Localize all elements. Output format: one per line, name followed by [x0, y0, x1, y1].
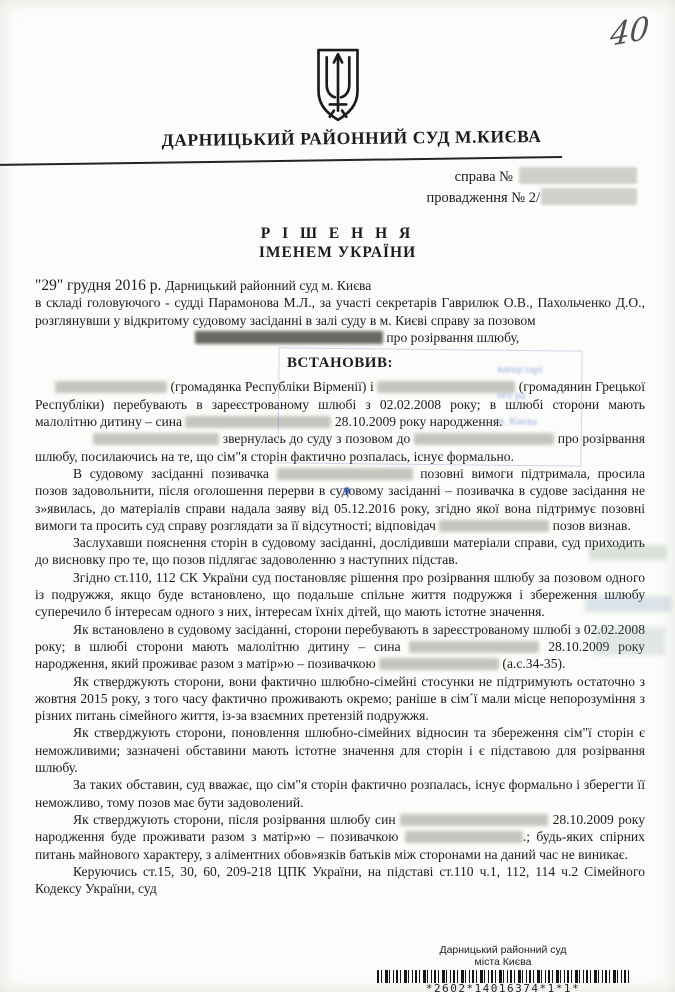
proceeding-number-label: провадження № 2/	[426, 190, 540, 206]
bleedthrough-artifact	[589, 545, 667, 560]
redacted-text	[400, 814, 548, 826]
text-run: Керуючись ст.15, 30, 60, 209-218 ЦПК Укр…	[35, 864, 645, 896]
redacted-text	[195, 331, 383, 344]
proceeding-number-redaction	[541, 188, 637, 205]
parties-line: про розірвання шлюбу,	[35, 329, 645, 346]
footer-barcode-block: Дарницький районний суд міста Києва *260…	[353, 944, 653, 992]
header-underline	[0, 156, 562, 166]
proceeding-number-line: провадження № 2/	[0, 188, 637, 209]
text-run: позов визнав.	[549, 518, 631, 533]
footer-court-line2: міста Києва	[353, 956, 653, 968]
redacted-text	[414, 433, 554, 445]
text-run: "29" грудня 2016 р.	[35, 277, 165, 294]
text-run: звернулась до суду з позовом до	[219, 431, 414, 446]
court-finding: За таких обставин, суд вважає, що сім"я …	[35, 776, 645, 811]
redacted-text	[439, 520, 549, 532]
plaintiff-position: В судовому засіданні позивачка позовні в…	[35, 465, 645, 534]
text-run: Як стверджують сторони, після розірвання…	[73, 812, 400, 827]
text-run: про розірвання шлюбу,	[383, 330, 519, 345]
redacted-text	[185, 416, 331, 428]
text-run: Дарницький районний суд м. Києва	[165, 278, 371, 293]
document-paragraphs: (громадянка Республіки Вірменії) і (гром…	[35, 378, 645, 897]
established-heading: ВСТАНОВИВ:	[35, 355, 645, 372]
document-body: "29" грудня 2016 р. Дарницький районний …	[0, 277, 675, 897]
footer-court-line1: Дарницький районний суд	[353, 944, 653, 956]
text-run: (а.с.34-35).	[499, 656, 565, 671]
redacted-text	[409, 641, 539, 653]
scanned-court-decision-page: 40 ДАРНИЦЬКИЙ РАЙОННИЙ СУД М.КИЄВА справ…	[0, 0, 675, 992]
decision-title: Р І Ш Е Н Н Я	[0, 225, 675, 243]
redacted-text	[405, 831, 523, 843]
redacted-text	[379, 658, 499, 670]
redacted-text	[55, 381, 167, 393]
composition-line: в складі головуючого - судді Парамонова …	[35, 294, 645, 329]
child-residence: Як стверджують сторони, після розірвання…	[35, 811, 645, 863]
reconciliation-impossible: Як стверджують сторони, поновлення шлюбн…	[35, 724, 645, 776]
case-number-line: справа №	[0, 167, 637, 188]
intro-paragraphs: "29" грудня 2016 р. Дарницький районний …	[35, 277, 645, 346]
handwritten-page-number: 40	[609, 10, 650, 54]
separation-facts: Як стверджують сторони, вони фактично шл…	[35, 673, 645, 725]
text-run: Заслухавши пояснення сторін в судовому з…	[35, 535, 645, 567]
text-run: Як стверджують сторони, вони фактично шл…	[35, 674, 645, 724]
barcode-number: *2602*14016374*1*1*	[353, 983, 653, 992]
text-run: В судовому засіданні позивачка	[73, 466, 277, 481]
case-number-block: справа № провадження № 2/	[0, 167, 675, 209]
case-number-redaction	[519, 167, 637, 184]
court-name-heading: ДАРНИЦЬКИЙ РАЙОННИЙ СУД М.КИЄВА	[14, 124, 675, 152]
facts-marriage: (громадянка Республіки Вірменії) і (гром…	[35, 378, 645, 430]
decision-subtitle: ІМЕНЕМ УКРАЇНИ	[0, 243, 675, 262]
court-conclusion-intro: Заслухавши пояснення сторін в судовому з…	[35, 534, 645, 569]
text-run: Згідно ст.110, 112 СК України суд постан…	[35, 570, 645, 620]
case-number-label: справа №	[455, 169, 513, 185]
claim-filed: звернулась до суду з позовом до про розі…	[35, 430, 645, 465]
ink-dot-artifact	[344, 487, 350, 494]
tryzub-coat-of-arms-icon	[311, 46, 365, 126]
bleedthrough-artifact	[585, 596, 671, 612]
text-run: Як стверджують сторони, поновлення шлюбн…	[35, 725, 645, 775]
date-line: "29" грудня 2016 р. Дарницький районний …	[35, 277, 645, 294]
text-run: в складі головуючого - судді Парамонова …	[35, 295, 645, 327]
text-run: (громадянка Республіки Вірменії) і	[167, 379, 377, 394]
guided-by: Керуючись ст.15, 30, 60, 209-218 ЦПК Укр…	[35, 863, 645, 898]
bleedthrough-artifact	[595, 627, 665, 655]
text-run: 28.10.2009 року народження.	[331, 414, 502, 429]
redacted-text	[93, 433, 219, 445]
redacted-text	[277, 468, 413, 480]
legal-basis: Згідно ст.110, 112 СК України суд постан…	[35, 569, 645, 621]
text-run: За таких обставин, суд вважає, що сім"я …	[35, 777, 645, 809]
established-facts: Як встановлено в судовому засіданні, сто…	[35, 621, 645, 673]
redacted-text	[377, 381, 515, 393]
